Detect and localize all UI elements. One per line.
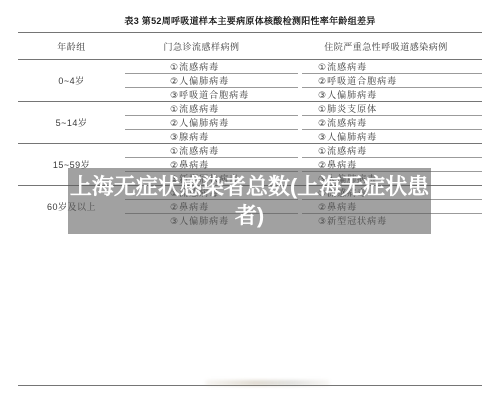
rank-1-row: ①流感病毒 ①流感病毒: [125, 60, 482, 74]
inpatient-pathogen-cell: ②流感病毒: [302, 116, 482, 130]
page: 表3 第52周呼吸道样本主要病原体核酸检测阳性率年龄组差异 年龄组 门急诊流感样…: [0, 0, 500, 402]
age-group-label: 0~4岁: [18, 60, 125, 101]
watermark-overlay: 上海无症状感染者总数(上海无症状患者): [68, 168, 431, 234]
pathogen-cells: ①流感病毒 ①肺炎支原体 ②人偏肺病毒 ②流感病毒 ③腺病毒 ③人偏肺病毒: [125, 102, 482, 143]
rank-3-row: ③腺病毒 ③人偏肺病毒: [125, 130, 482, 143]
rank-3-row: ③呼吸道合胞病毒 ③人偏肺病毒: [125, 88, 482, 101]
age-group-row: 5~14岁 ①流感病毒 ①肺炎支原体 ②人偏肺病毒 ②流感病毒 ③腺病毒 ③人偏…: [18, 102, 482, 144]
table-title: 表3 第52周呼吸道样本主要病原体核酸检测阳性率年龄组差异: [0, 14, 500, 27]
rank-2-row: ②人偏肺病毒 ②呼吸道合胞病毒: [125, 74, 482, 88]
outpatient-pathogen-cell: ③腺病毒: [125, 130, 298, 143]
outpatient-pathogen-cell: ①流感病毒: [125, 144, 298, 158]
inpatient-pathogen-cell: ③人偏肺病毒: [302, 88, 482, 101]
rank-1-row: ①流感病毒 ①肺炎支原体: [125, 102, 482, 116]
outpatient-pathogen-cell: ②人偏肺病毒: [125, 116, 298, 130]
inpatient-pathogen-cell: ②呼吸道合胞病毒: [302, 74, 482, 88]
header-inpatient-sari: 住院严重急性呼吸道感染病例: [296, 40, 476, 53]
inpatient-pathogen-cell: ①流感病毒: [302, 144, 482, 158]
age-group-row: 0~4岁 ①流感病毒 ①流感病毒 ②人偏肺病毒 ②呼吸道合胞病毒 ③呼吸道合胞病…: [18, 60, 482, 102]
age-group-label: 5~14岁: [18, 102, 125, 143]
inpatient-pathogen-cell: ①肺炎支原体: [302, 102, 482, 116]
inpatient-pathogen-cell: ①流感病毒: [302, 60, 482, 74]
rank-1-row: ①流感病毒 ①流感病毒: [125, 144, 482, 158]
rank-2-row: ②人偏肺病毒 ②流感病毒: [125, 116, 482, 130]
outpatient-pathogen-cell: ①流感病毒: [125, 102, 298, 116]
outpatient-pathogen-cell: ③呼吸道合胞病毒: [125, 88, 298, 101]
pathogen-cells: ①流感病毒 ①流感病毒 ②人偏肺病毒 ②呼吸道合胞病毒 ③呼吸道合胞病毒 ③人偏…: [125, 60, 482, 101]
inpatient-pathogen-cell: ③人偏肺病毒: [302, 130, 482, 143]
bottom-smudge: [205, 380, 330, 386]
header-age-group: 年龄组: [18, 40, 125, 53]
watermark-text: 上海无症状感染者总数(上海无症状患者): [70, 174, 429, 228]
outpatient-pathogen-cell: ②人偏肺病毒: [125, 74, 298, 88]
table-header-row: 年龄组 门急诊流感样病例 住院严重急性呼吸道感染病例: [18, 33, 482, 60]
header-outpatient-ili: 门急诊流感样病例: [113, 40, 290, 53]
outpatient-pathogen-cell: ①流感病毒: [125, 60, 298, 74]
